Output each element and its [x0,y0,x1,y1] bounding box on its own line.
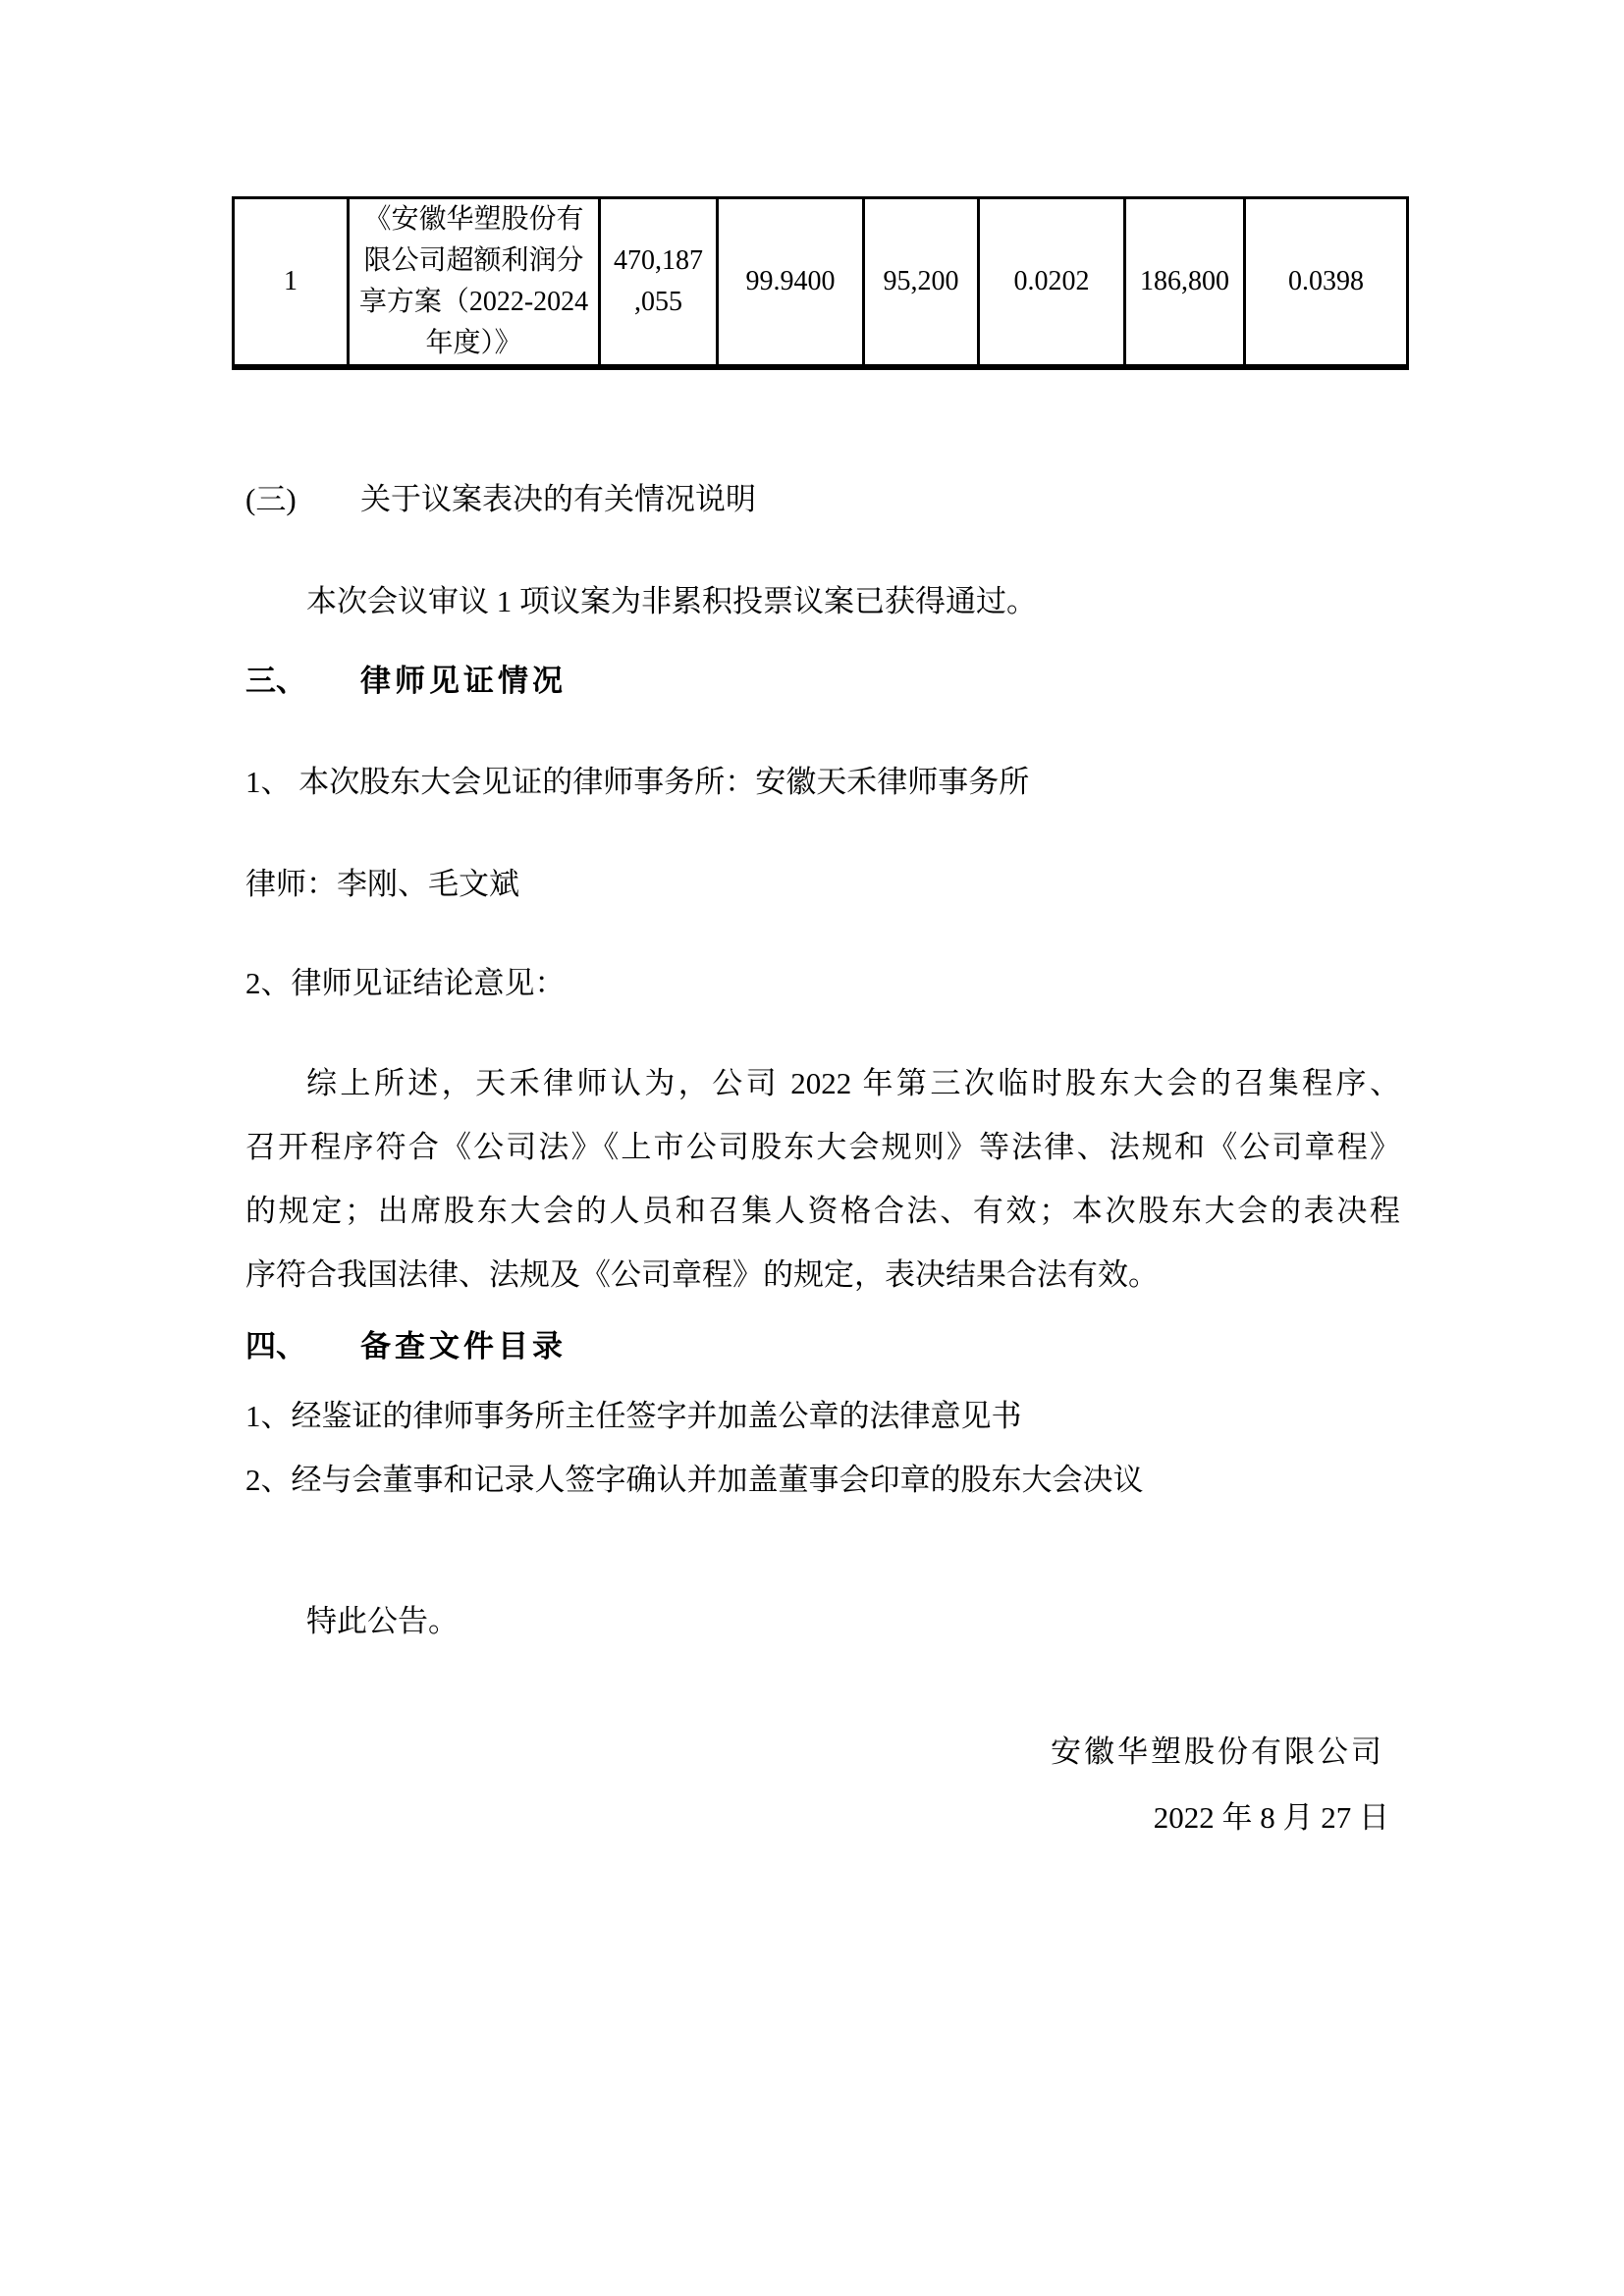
part-4-title: 备查文件目录 [360,1329,567,1363]
part-3-title: 律师见证情况 [360,664,567,698]
part-3-heading: 三、律师见证情况 [245,662,567,701]
subsection-3-heading: (三)关于议案表决的有关情况说明 [245,480,756,519]
conclusion-line-1: 综上所述，天禾律师认为，公司 2022 年第三次临时股东大会的召集程序、 [245,1051,1400,1115]
reference-doc-1: 1、经鉴证的律师事务所主任签字并加盖公章的法律意见书 [245,1397,1022,1436]
lawfirm-item: 1、 本次股东大会见证的律师事务所：安徽天禾律师事务所 [245,763,1029,802]
conclusion-item-heading: 2、律师见证结论意见： [245,964,566,1003]
part-4-heading: 四、备查文件目录 [245,1327,567,1366]
conclusion-line-4: 序符合我国法律、法规及《公司章程》的规定，表决结果合法有效。 [245,1243,1400,1307]
document-page: 1 《安徽华塑股份有限公司超额利润分享方案（2022-2024年度）》 470,… [0,0,1624,2296]
subsection-3-body: 本次会议审议 1 项议案为非累积投票议案已获得通过。 [245,582,1037,621]
legal-conclusion-paragraph: 综上所述，天禾律师认为，公司 2022 年第三次临时股东大会的召集程序、 召开程… [245,1051,1400,1307]
closing-statement: 特此公告。 [245,1602,459,1641]
votes-abstain-cell: 186,800 [1125,198,1245,368]
table-row: 1 《安徽华塑股份有限公司超额利润分享方案（2022-2024年度）》 470,… [234,198,1408,368]
voting-results-table: 1 《安徽华塑股份有限公司超额利润分享方案（2022-2024年度）》 470,… [232,196,1409,370]
votes-for-cell: 470,187 ,055 [600,198,718,368]
votes-against-cell: 95,200 [864,198,979,368]
conclusion-line-2: 召开程序符合《公司法》《上市公司股东大会规则》等法律、法规和《公司章程》 [245,1115,1400,1179]
lawyers-line: 律师：李刚、毛文斌 [245,865,519,904]
signature-date: 2022 年 8 月 27 日 [250,1797,1389,1839]
part-3-label: 三、 [245,662,360,701]
signature-company: 安徽华塑股份有限公司 [245,1732,1384,1773]
seq-cell: 1 [234,198,349,368]
ratio-against-cell: 0.0202 [979,198,1125,368]
subsection-3-title: 关于议案表决的有关情况说明 [360,482,756,516]
reference-doc-2: 2、经与会董事和记录人签字确认并加盖董事会印章的股东大会决议 [245,1461,1144,1500]
subsection-3-label: (三) [245,480,360,519]
conclusion-line-3: 的规定；出席股东大会的人员和召集人资格合法、有效；本次股东大会的表决程 [245,1179,1400,1243]
proposal-name-cell: 《安徽华塑股份有限公司超额利润分享方案（2022-2024年度）》 [349,198,600,368]
ratio-abstain-cell: 0.0398 [1245,198,1408,368]
ratio-for-cell: 99.9400 [718,198,864,368]
part-4-label: 四、 [245,1327,360,1366]
